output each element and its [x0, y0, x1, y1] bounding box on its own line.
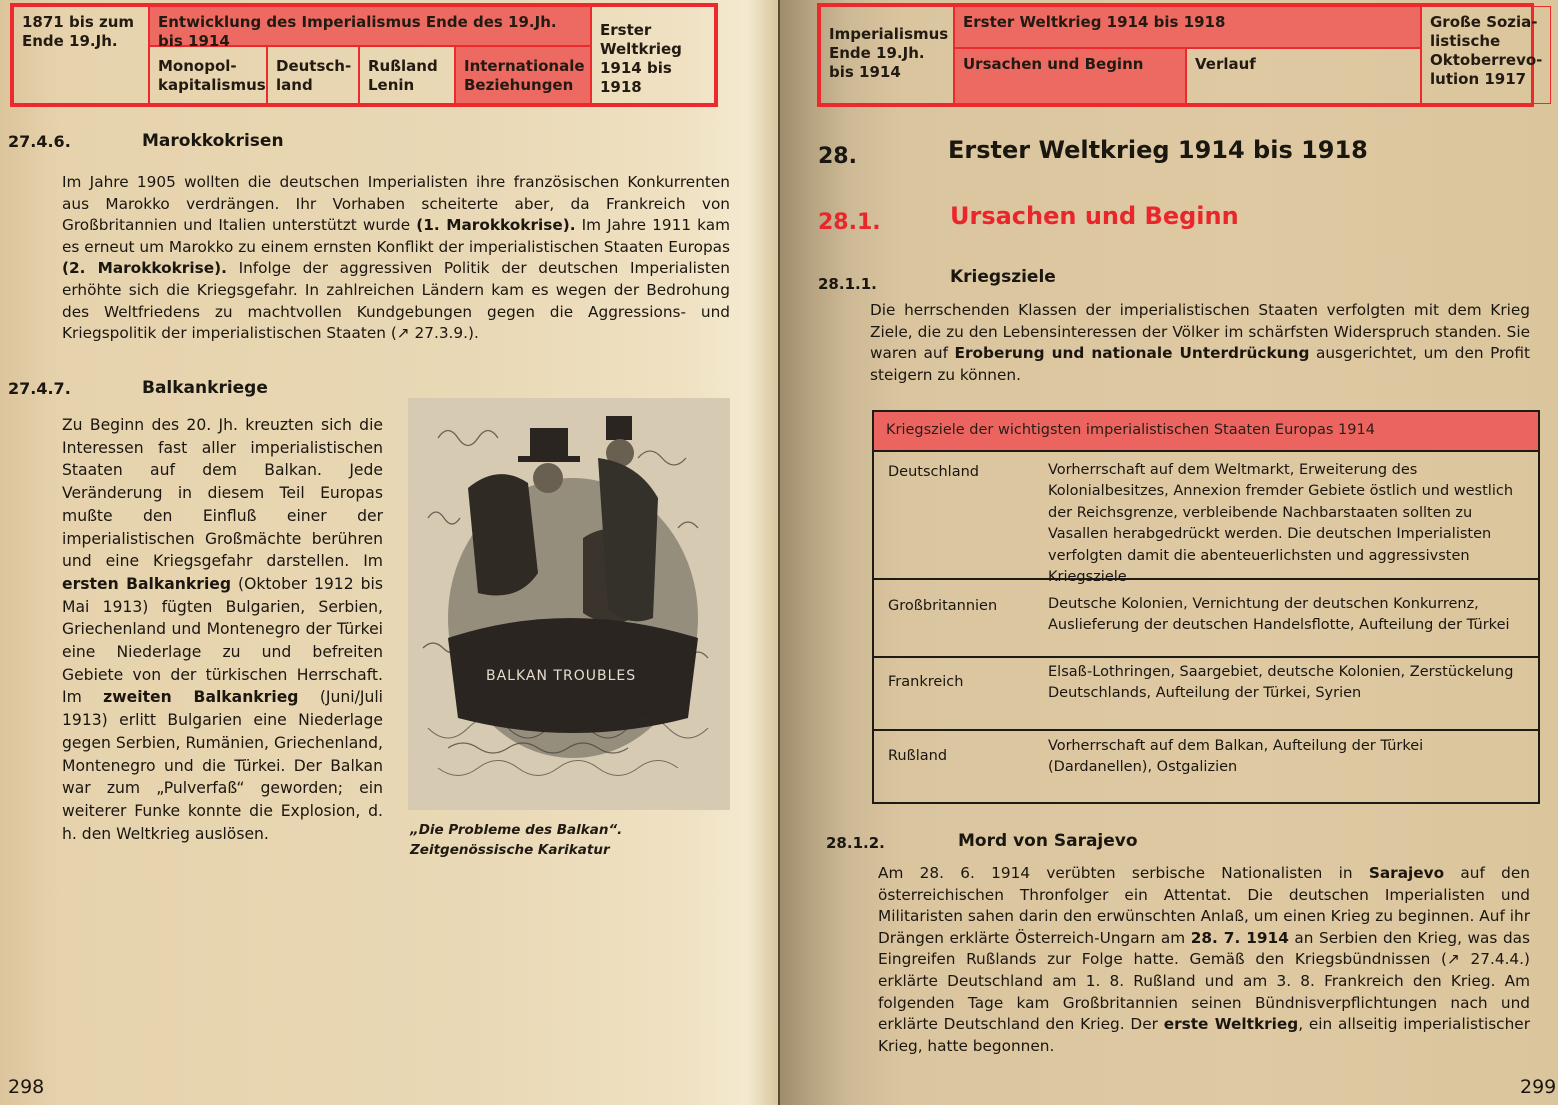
paragraph-balkankriege: Zu Beginn des 20. Jh. kreuzten sich die …: [62, 414, 383, 845]
nav-cell-next-chapter: Erster Weltkrieg 1914 bis 1918: [591, 6, 715, 104]
paragraph-sarajevo: Am 28. 6. 1914 verübten serbische Nation…: [878, 863, 1530, 1057]
book-gutter: [778, 0, 780, 1105]
chapter-navigation-table: Imperialismus Ende 19.Jh. bis 1914 Erste…: [817, 3, 1534, 107]
section-number: 27.4.7.: [8, 379, 71, 398]
section-number: 27.4.6.: [8, 132, 71, 151]
goals-cell: Vorherrschaft auf dem Balkan, Aufteilung…: [1048, 736, 1528, 779]
table-title: Kriegsziele der wichtigsten imperialisti…: [874, 412, 1538, 452]
country-cell: Großbritannien: [888, 596, 997, 617]
kriegsziele-table: Kriegsziele der wichtigsten imperialisti…: [872, 410, 1540, 804]
section-title: Mord von Sarajevo: [958, 831, 1138, 851]
table-row: Deutschland Vorherrschaft auf dem Weltma…: [874, 452, 1538, 580]
left-page: 1871 bis zum Ende 19.Jh. Entwicklung des…: [0, 0, 778, 1105]
nav-cell-russland-lenin: Rußland Lenin: [359, 46, 455, 104]
goals-cell: Elsaß-Lothringen, Saargebiet, deutsche K…: [1048, 662, 1528, 705]
paragraph-kriegsziele: Die herrschenden Klassen der imperialist…: [870, 300, 1530, 386]
country-cell: Rußland: [888, 746, 947, 767]
subchapter-title: Ursachen und Beginn: [950, 202, 1239, 230]
nav-cell-internationale-beziehungen: Internationale Beziehungen: [455, 46, 591, 104]
nav-cell-verlauf: Verlauf: [1186, 48, 1421, 104]
table-row: Großbritannien Deutsche Kolonien, Vernic…: [874, 580, 1538, 658]
goals-cell: Deutsche Kolonien, Vernichtung der deuts…: [1048, 594, 1528, 637]
subchapter-number: 28.1.: [818, 210, 881, 235]
page-number: 298: [8, 1076, 44, 1098]
section-title: Marokkokrisen: [142, 131, 284, 151]
nav-cell-previous-chapter: Imperialismus Ende 19.Jh. bis 1914: [820, 6, 954, 104]
book-spread: 1871 bis zum Ende 19.Jh. Entwicklung des…: [0, 0, 1558, 1105]
nav-cell-deutschland: Deutsch-land: [267, 46, 359, 104]
table-row: Frankreich Elsaß-Lothringen, Saargebiet,…: [874, 658, 1538, 731]
nav-cell-ursachen-und-beginn: Ursachen und Beginn: [954, 48, 1186, 104]
chapter-number: 28.: [818, 144, 857, 169]
section-number: 28.1.2.: [826, 834, 885, 852]
table-row: Rußland Vorherrschaft auf dem Balkan, Au…: [874, 731, 1538, 800]
chapter-navigation-table: 1871 bis zum Ende 19.Jh. Entwicklung des…: [10, 3, 718, 107]
country-cell: Deutschland: [888, 462, 979, 483]
nav-cell-previous-period: 1871 bis zum Ende 19.Jh.: [13, 6, 149, 104]
page-number: 299: [1520, 1076, 1556, 1098]
paragraph-marokkokrisen: Im Jahre 1905 wollten die deutschen Impe…: [62, 172, 730, 345]
svg-text:BALKAN TROUBLES: BALKAN TROUBLES: [486, 668, 636, 684]
nav-cell-current-chapter: Entwicklung des Imperialismus Ende des 1…: [149, 6, 591, 46]
nav-cell-monopolkapitalismus: Monopol-kapitalismus: [149, 46, 267, 104]
section-title: Balkankriege: [142, 378, 268, 398]
section-title: Kriegsziele: [950, 267, 1056, 287]
nav-cell-next-chapter: Große Sozia-listische Oktoberrevo-lution…: [1421, 6, 1551, 104]
cartoon-illustration: BALKAN TROUBLES: [408, 398, 730, 810]
section-number: 28.1.1.: [818, 275, 877, 293]
chapter-title: Erster Weltkrieg 1914 bis 1918: [948, 136, 1368, 164]
cartoon-caption: „Die Probleme des Balkan“. Zeitgenössisc…: [410, 820, 740, 860]
goals-cell: Vorherrschaft auf dem Weltmarkt, Erweite…: [1048, 460, 1528, 588]
right-page: Imperialismus Ende 19.Jh. bis 1914 Erste…: [778, 0, 1558, 1105]
country-cell: Frankreich: [888, 672, 963, 693]
cartoon-drawing-icon: BALKAN TROUBLES: [408, 398, 730, 810]
nav-cell-current-chapter: Erster Weltkrieg 1914 bis 1918: [954, 6, 1421, 48]
